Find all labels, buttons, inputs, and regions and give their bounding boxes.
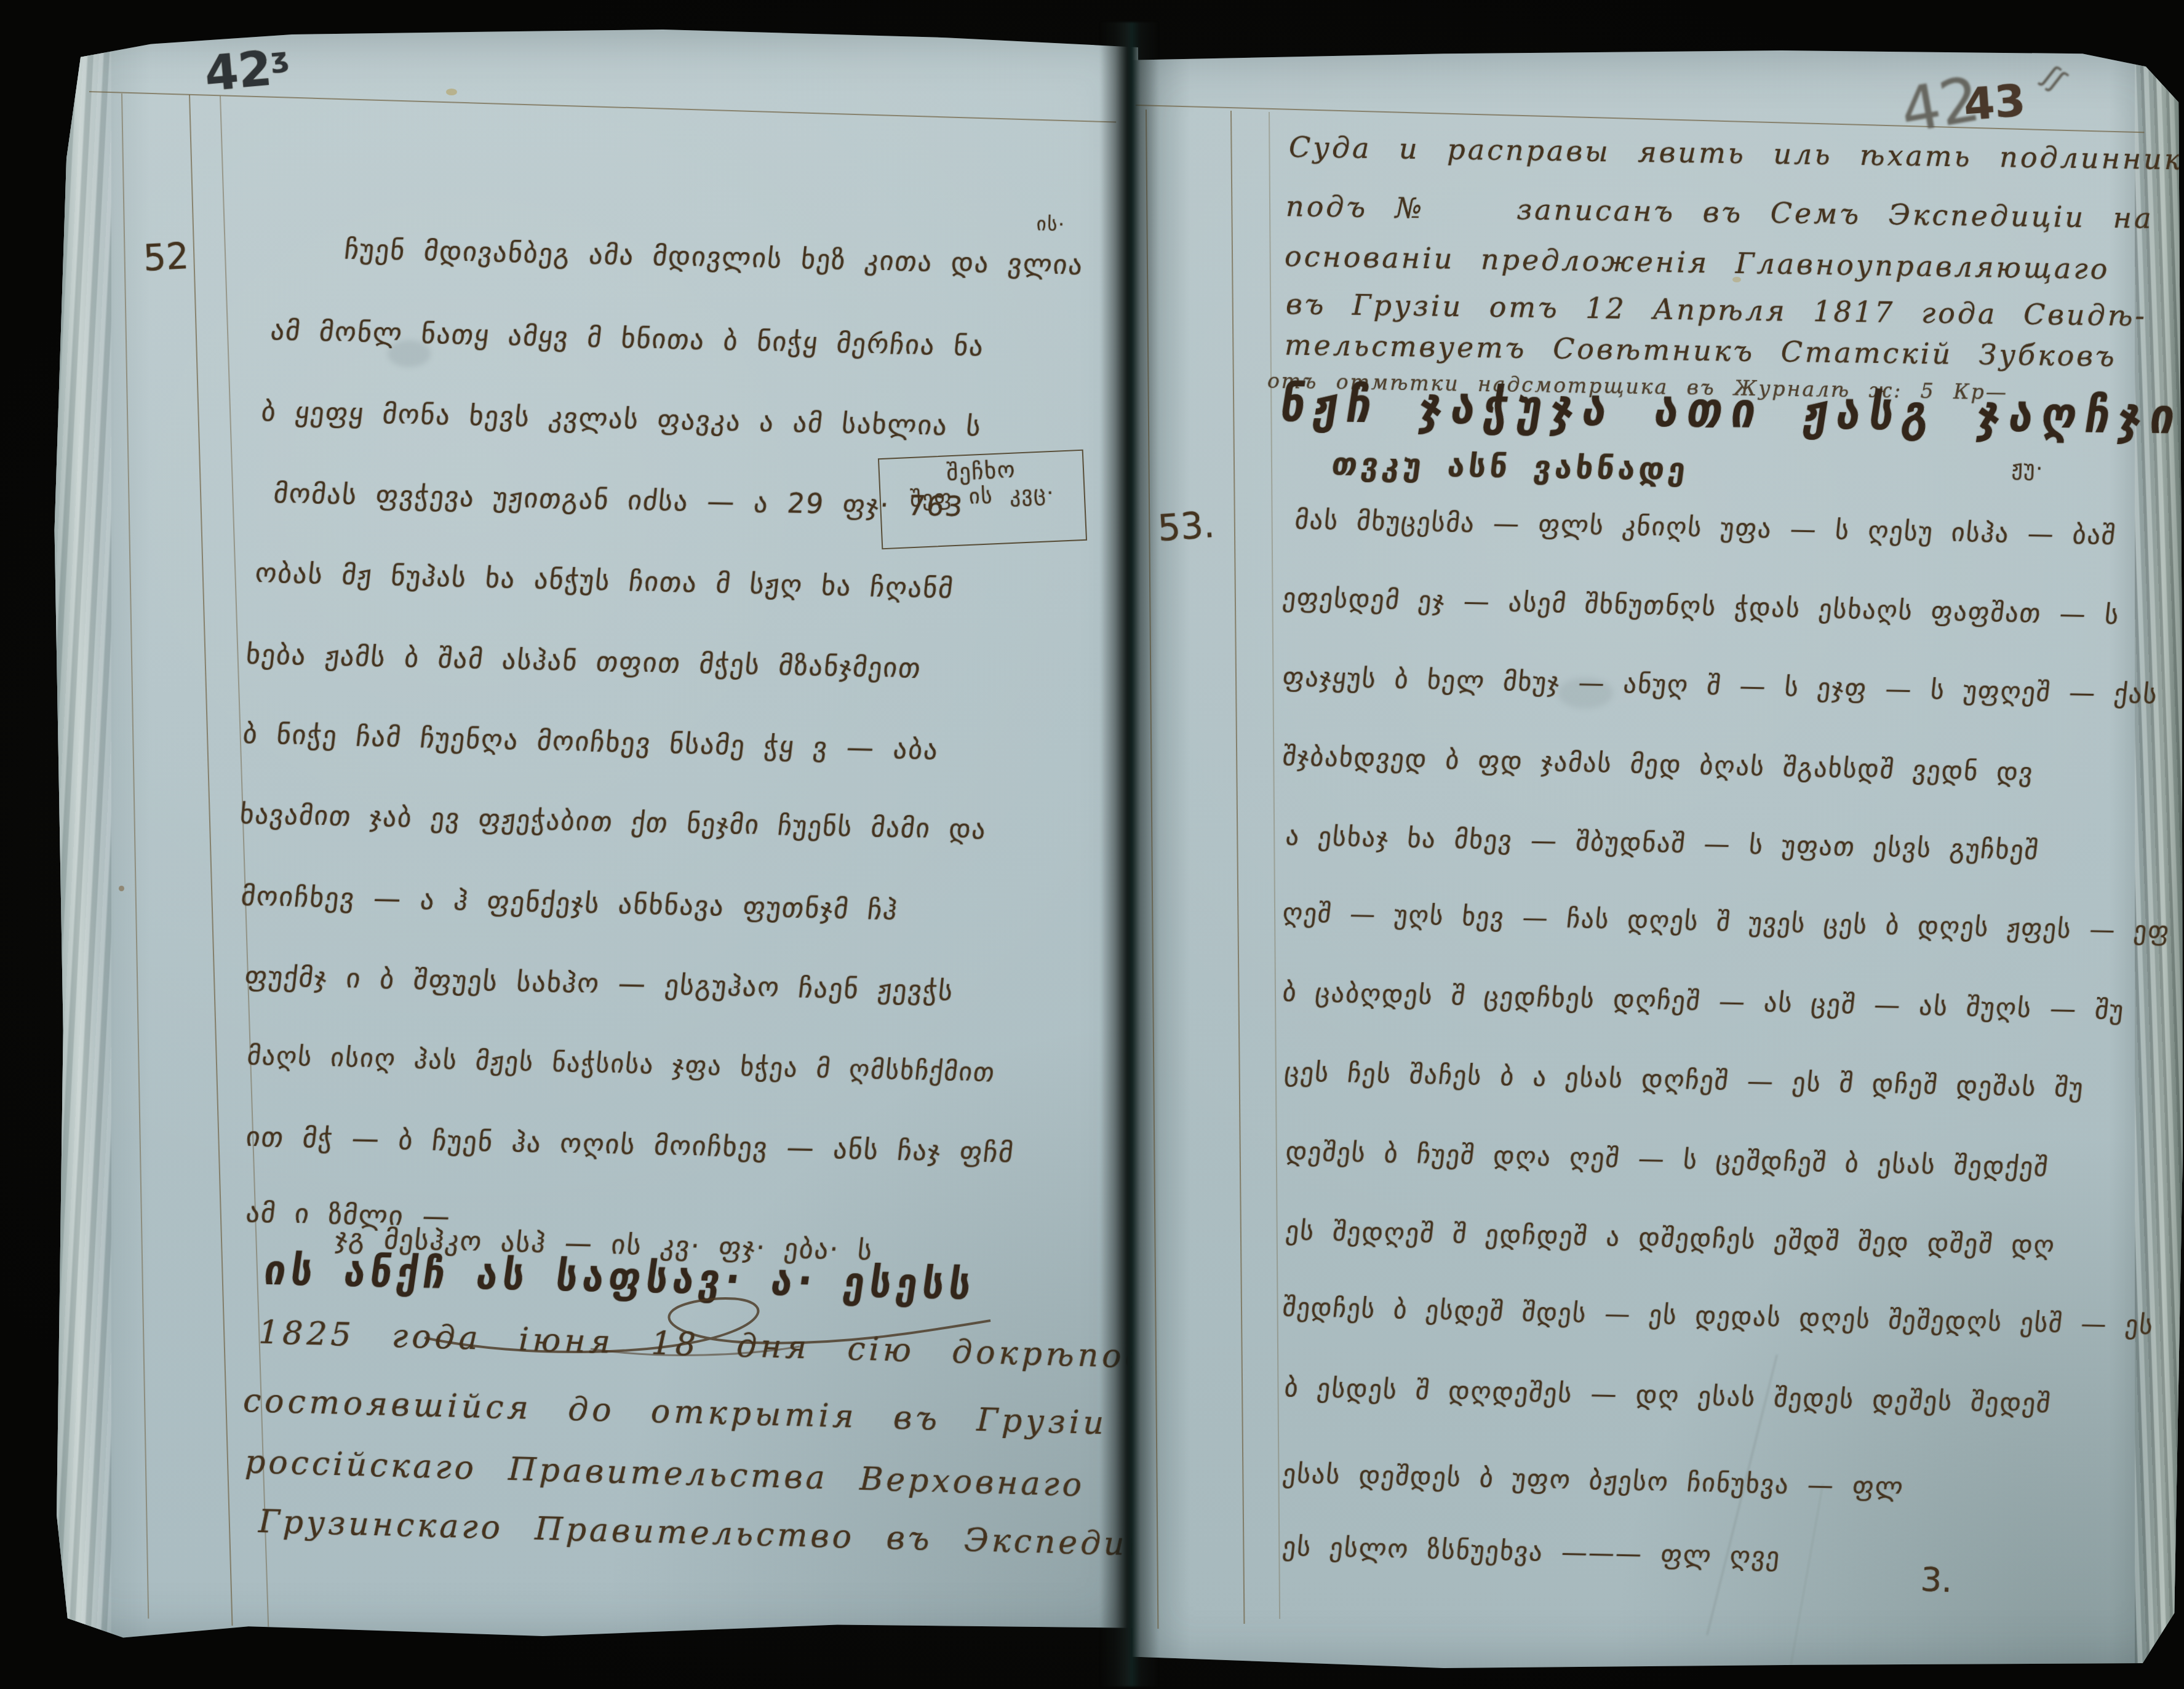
manuscript-line: ეს შედღეშ შ ედჩდეშ ა დშედჩეს ეშდშ შედ დშ… [1285, 1215, 2057, 1260]
manuscript-line: ეს ესლო ზსნუეხვა ——— ფლ ღვე [1281, 1532, 1782, 1572]
signature-sub-line: თვკუ ასნ ვახნადე [1330, 446, 1691, 487]
page-end-mark: 3. [1919, 1560, 1953, 1600]
manuscript-line: მაღს ისიღ ჰას მჟეს ნაჭსისა ჯფა ხჭეა მ ღმ… [245, 1040, 997, 1087]
left-page-number: 42ʒ [202, 39, 292, 102]
left-page: 42ʒ 52 ჩუენ მდივანბეგ ამა მდივლის ხეზ კი… [52, 30, 1142, 1644]
line1-superscript: ის· [1036, 213, 1066, 236]
manuscript-line: ფაჯყუს ბ ხელ მხუჯ — ანუღ შ — ს ეჯფ — ს უ… [1281, 662, 2160, 709]
manuscript-line: ცეს ჩეს შაჩეს ბ ა ესას დღჩეშ — ეს შ დჩეშ… [1283, 1057, 2086, 1103]
right-page-number: 43 [1962, 74, 2027, 130]
manuscript-line: ჩუენ მდივანბეგ ამა მდივლის ხეზ კითა და ვ… [343, 234, 1085, 281]
right-page-margin-rule-inner [1269, 112, 1280, 1619]
left-page-number-value: 42 [202, 41, 274, 102]
manuscript-line: ა ესხაჯ ხა მხევ — შბუდნაშ — ს უფათ ესვს … [1284, 821, 2041, 865]
manuscript-line: მოიჩხევ — ა ჰ ფენქეჯს ანხნავა ფუთნჯმ ჩჰ [239, 880, 899, 926]
manuscript-line: დეშეს ბ ჩუეშ დღა ღეშ — ს ცეშდჩეშ ბ ესას … [1284, 1136, 2050, 1182]
manuscript-line: შედჩეს ბ ესდეშ შდეს — ეს დედას დღეს შეშე… [1281, 1292, 2156, 1340]
right-page: 42 ʃʃ 43 Суда и расправы явить иль ѣхать… [1127, 50, 2183, 1668]
manuscript-line: მას მხუცესმა — ფლს კნიღს უფა — ს ღესუ ის… [1294, 504, 2118, 550]
left-page-number-superscript: ʒ [269, 41, 290, 74]
russian-note-line: россійскаго Правительства Верховнаго [244, 1444, 1085, 1504]
manuscript-line: ბ ნიჭე ჩამ ჩუენღა მოიჩხევ ნსამე ჭყ ვ — ა… [241, 718, 940, 766]
russian-header-line: въ Грузіи отъ 12 Апрѣля 1817 года Свидѣ- [1286, 287, 2148, 333]
manuscript-line: ღეშ — უღს ხევ — ჩას დღეს შ უვეს ცეს ბ დღ… [1281, 898, 2172, 946]
russian-header-line: Суда и расправы явить иль ѣхать подлинни… [1289, 130, 2183, 177]
manuscript-line: ესას დეშდეს ბ უფო ბჟესო ჩინუხვა — ფლ [1281, 1458, 1905, 1502]
paper-stain [446, 89, 457, 95]
manuscript-line: ხავამით ჯაბ ევ ფჟეჭაბით ქთ ნეჯმი ჩუენს მ… [238, 799, 988, 845]
manuscript-line: ბ ცაბღდეს შ ცედჩხეს დღჩეშ — ას ცეშ — ას … [1281, 977, 2126, 1025]
manuscript-line: ეფესდემ ეჯ — ასემ შხნუთნღს ჭდას ესხაღს ფ… [1281, 582, 2121, 630]
russian-header-line: основаніи предложенія Главноуправляющаго [1285, 239, 2110, 285]
manuscript-line: შჯბახდვედ ბ ფდ ჯამას მედ ბღას შგახსდშ ვე… [1281, 741, 2035, 788]
russian-header-line: подъ № записанъ въ Семъ Экспедиціи на [1286, 189, 2154, 235]
russian-header-line: тельствуетъ Совѣтникъ Статскій Зубковъ [1285, 328, 2117, 373]
signature-bold-line: ნჟჩ ჯაჭუჯა ათი ჟასგ ჯაღჩჯი ჯუღ [1277, 375, 2183, 448]
russian-note-line: Грузинскаго Правительство въ Экспедицію [258, 1503, 1142, 1565]
manuscript-line: მომას ფვჭევა უჟითგან იძსა — ა 29 ფჯ· 763 [272, 478, 965, 523]
paper-stain [119, 886, 124, 891]
manuscript-line: ფუქმჯ ი ბ შფუეს სახჰო — ესგუჰაო ჩაენ ჟევ… [243, 961, 955, 1007]
manuscript-line: ბ ესდეს შ დღდეშეს — დღ ესას შედეს დეშეს … [1283, 1372, 2052, 1418]
russian-note-line: состоявшійся до открытія въ Грузіи [242, 1383, 1107, 1442]
left-page-deckle-edge [52, 30, 111, 1644]
manuscript-line: ბ ყეფყ მონა ხევს კვლას ფავკა ა ამ სახლია… [260, 396, 983, 442]
right-page-margin-rule-outer [1146, 109, 1158, 1629]
right-page-margin-rule-mid [1230, 111, 1245, 1624]
left-page-margin-rule-outer [121, 93, 149, 1619]
manuscript-line: ამ მონლ ნათყ ამყვ მ ხნითა ბ ნიჭყ მერჩია … [269, 315, 986, 362]
left-entry-number: 52 [142, 235, 189, 279]
paper-crease [1790, 1484, 1823, 1666]
photo-backdrop: 42ʒ 52 ჩუენ მდივანბეგ ამა მდივლის ხეზ კი… [0, 0, 2184, 1689]
pencil-scribble: ʃʃ [2037, 60, 2071, 96]
boxed-marginal-note: შეჩხო შეფ ის კვც· [878, 450, 1087, 549]
right-entry-number: 53. [1157, 504, 1216, 549]
manuscript-line: ით მჭ — ბ ჩუენ ჰა ოღის მოიჩხევ — ანს ჩაჯ… [244, 1121, 1016, 1169]
manuscript-line: ხება ჟამს ბ შამ ასჰან თფით მჭეს მზანჯმეი… [244, 639, 923, 685]
signature-end-mark: ჟუ· [2011, 456, 2044, 482]
right-page-deckle-edge [2135, 50, 2183, 1668]
manuscript-line: ობას მჟ ნუჰას ხა ანჭუს ჩითა მ სჟღ ხა ჩღა… [253, 557, 955, 605]
